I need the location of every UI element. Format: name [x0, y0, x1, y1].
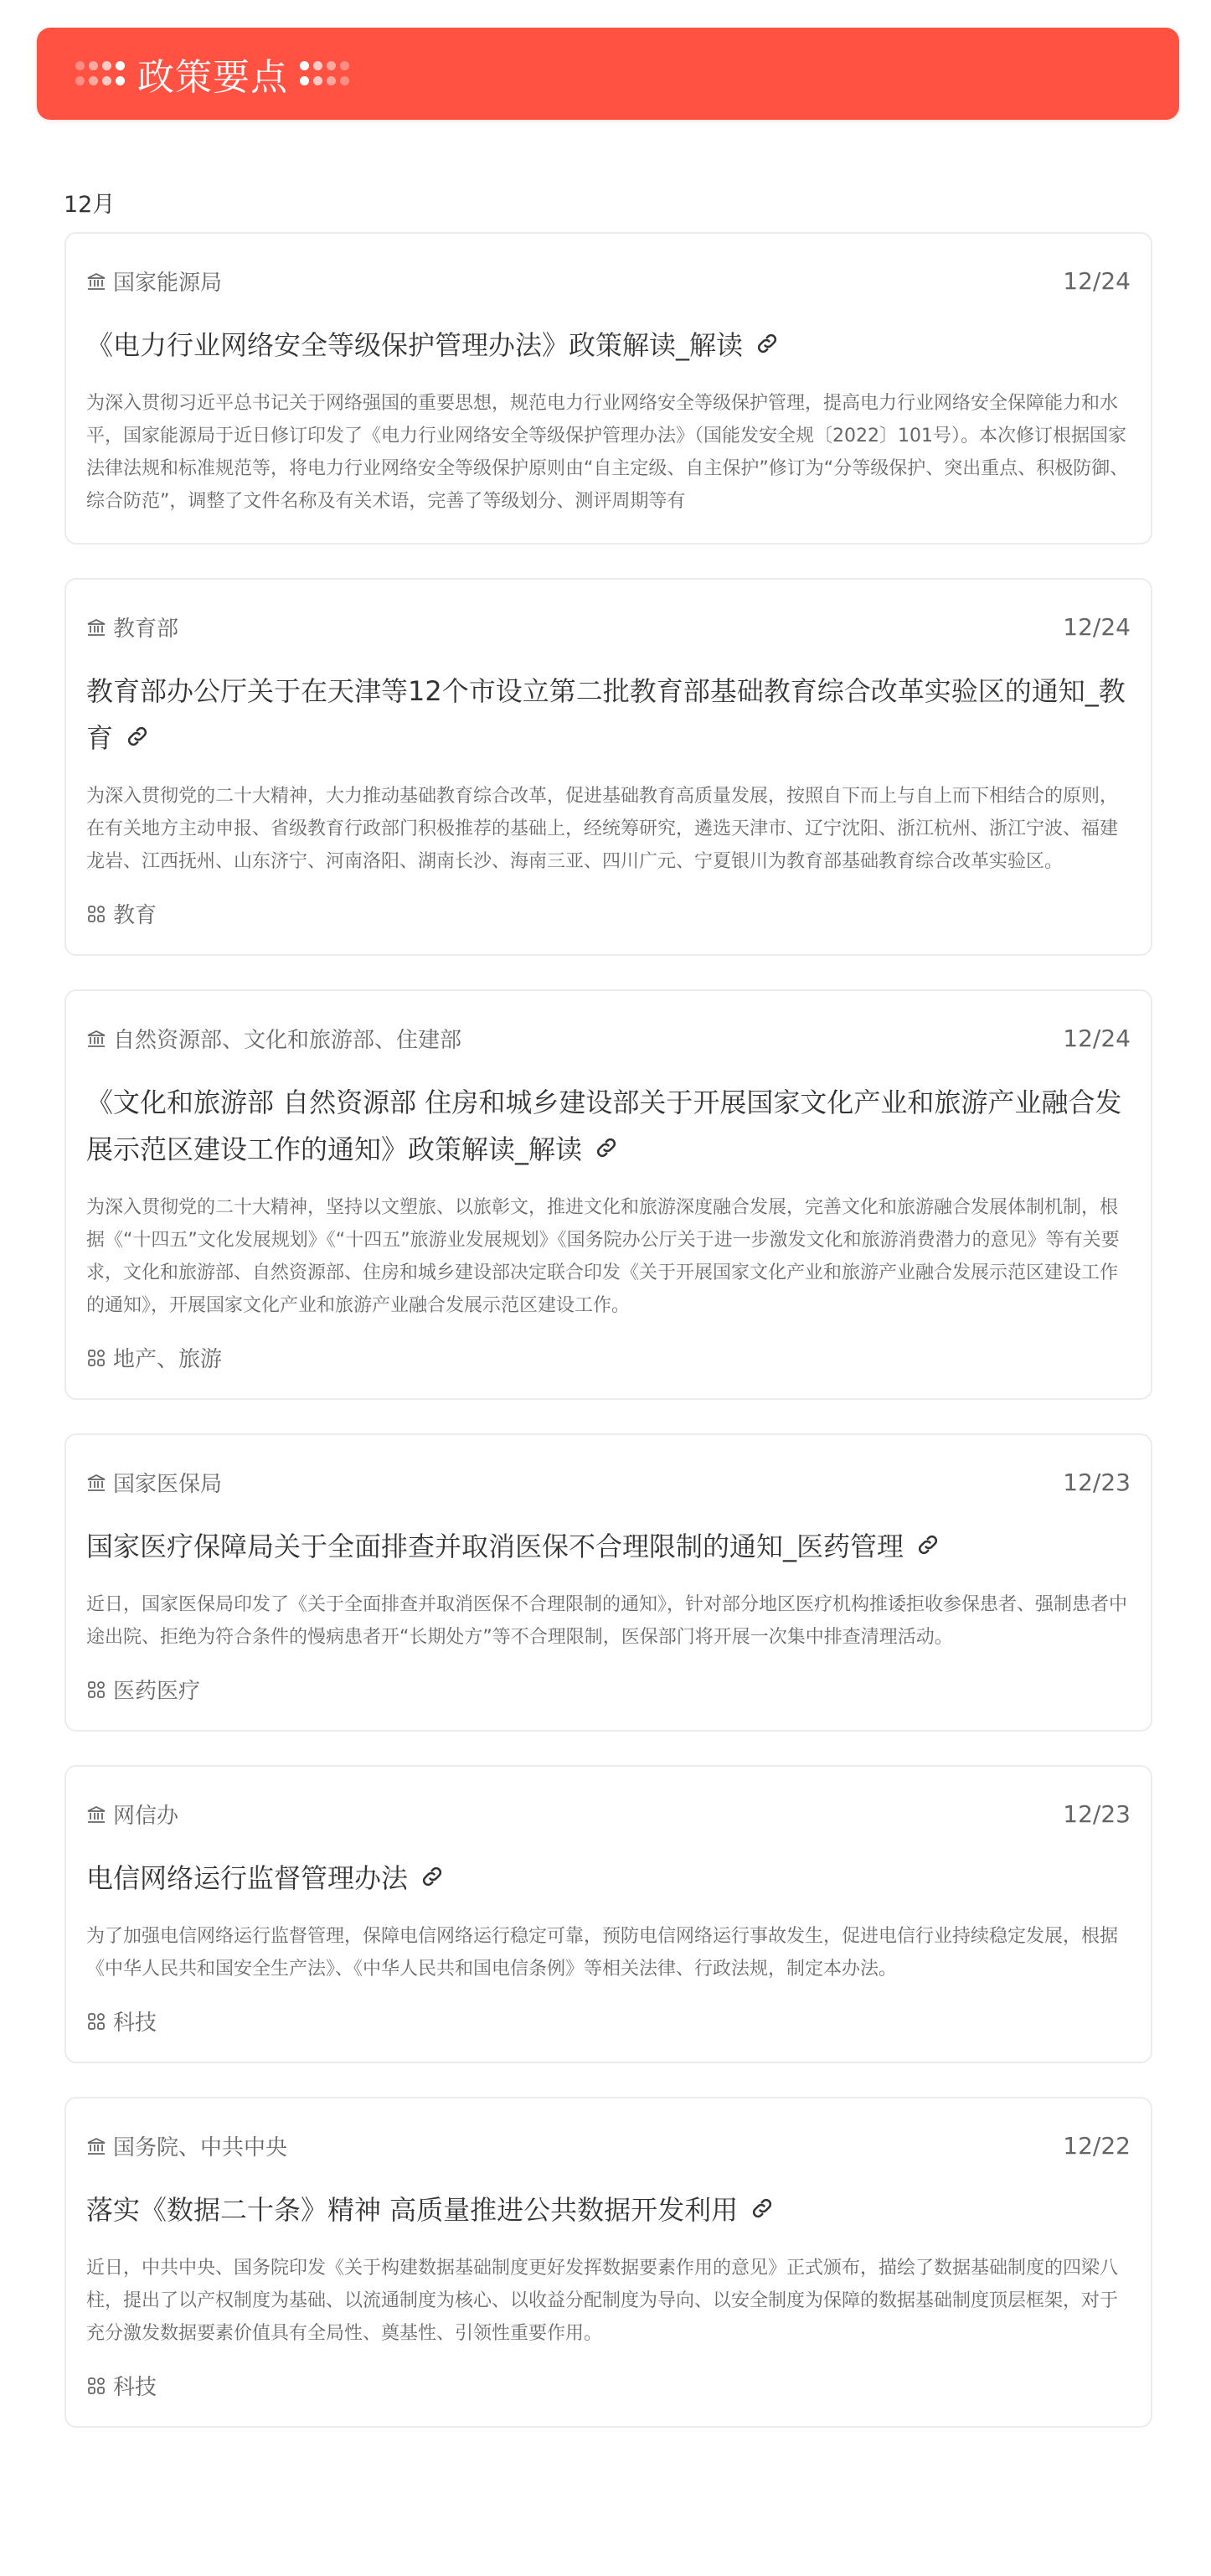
- policy-card[interactable]: 国家医保局 12/23 国家医疗保障局关于全面排查并取消医保不合理限制的通知_医…: [64, 1433, 1152, 1732]
- agency-name: 国家能源局: [113, 266, 222, 297]
- grid-icon: [86, 2011, 106, 2031]
- link-icon[interactable]: [594, 1128, 619, 1174]
- policy-title-text[interactable]: 国家医疗保障局关于全面排查并取消医保不合理限制的通知_医药管理: [86, 1531, 904, 1562]
- grid-icon: [86, 1680, 106, 1700]
- link-icon[interactable]: [750, 2188, 775, 2235]
- month-label: 12月: [64, 186, 115, 219]
- page-title: 政策要点: [137, 47, 288, 101]
- policy-title[interactable]: 《电力行业网络安全等级保护管理办法》政策解读_解读: [86, 322, 1131, 370]
- policy-title[interactable]: 电信网络运行监督管理办法: [86, 1855, 1131, 1903]
- decorative-dots-icon: [300, 61, 350, 86]
- link-icon[interactable]: [125, 716, 150, 763]
- category-tags: 医药医疗: [86, 1674, 1131, 1705]
- decorative-dots-icon: [75, 61, 126, 86]
- policy-summary: 为深入贯彻党的二十大精神，大力推动基础教育综合改革，促进基础教育高质量发展，按照…: [86, 780, 1131, 878]
- date: 12/23: [1063, 1800, 1131, 1828]
- policy-title[interactable]: 国家医疗保障局关于全面排查并取消医保不合理限制的通知_医药管理: [86, 1523, 1131, 1572]
- category-tags: 教育: [86, 898, 1131, 929]
- policy-card[interactable]: 自然资源部、文化和旅游部、住建部 12/24 《文化和旅游部 自然资源部 住房和…: [64, 989, 1152, 1400]
- policy-summary: 近日，中共中央、国务院印发《关于构建数据基础制度更好发挥数据要素作用的意见》正式…: [86, 2252, 1131, 2350]
- policy-summary: 为了加强电信网络运行监督管理，保障电信网络运行稳定可靠，预防电信网络运行事故发生…: [86, 1920, 1131, 1985]
- bank-icon: [86, 617, 106, 638]
- bank-icon: [86, 271, 106, 292]
- policy-summary: 为深入贯彻党的二十大精神，坚持以文塑旅、以旅彰文，推进文化和旅游深度融合发展，完…: [86, 1191, 1131, 1322]
- policy-list: 国家能源局 12/24 《电力行业网络安全等级保护管理办法》政策解读_解读 为深…: [64, 232, 1152, 2461]
- policy-card[interactable]: 国家能源局 12/24 《电力行业网络安全等级保护管理办法》政策解读_解读 为深…: [64, 232, 1152, 545]
- date: 12/24: [1063, 267, 1131, 295]
- page-header: 政策要点: [37, 28, 1179, 120]
- agency-name: 国务院、中共中央: [113, 2130, 287, 2161]
- grid-icon: [86, 904, 106, 924]
- date: 12/24: [1063, 1025, 1131, 1052]
- bank-icon: [86, 1473, 106, 1493]
- date: 12/22: [1063, 2132, 1131, 2160]
- agency: 国家医保局: [86, 1467, 222, 1498]
- agency-name: 自然资源部、文化和旅游部、住建部: [113, 1023, 461, 1054]
- bank-icon: [86, 2136, 106, 2156]
- policy-card[interactable]: 网信办 12/23 电信网络运行监督管理办法 为了加强电信网络运行监督管理，保障…: [64, 1765, 1152, 2063]
- category-tags: 科技: [86, 2370, 1131, 2401]
- agency-name: 网信办: [113, 1799, 178, 1830]
- category-tags: 科技: [86, 2006, 1131, 2037]
- agency: 国务院、中共中央: [86, 2130, 287, 2161]
- policy-title[interactable]: 教育部办公厅关于在天津等12个市设立第二批教育部基础教育综合改革实验区的通知_教…: [86, 668, 1131, 763]
- agency-name: 国家医保局: [113, 1467, 222, 1498]
- grid-icon: [86, 2376, 106, 2396]
- bank-icon: [86, 1029, 106, 1049]
- policy-title-text[interactable]: 教育部办公厅关于在天津等12个市设立第二批教育部基础教育综合改革实验区的通知_教…: [86, 675, 1126, 754]
- agency: 教育部: [86, 612, 178, 643]
- category-tags: 地产、旅游: [86, 1342, 1131, 1373]
- tag-label: 医药医疗: [113, 1674, 200, 1705]
- link-icon[interactable]: [915, 1525, 940, 1572]
- tag-label: 科技: [113, 2006, 157, 2037]
- date: 12/24: [1063, 613, 1131, 641]
- tag-label: 科技: [113, 2370, 157, 2401]
- grid-icon: [86, 1348, 106, 1368]
- policy-summary: 近日，国家医保局印发了《关于全面排查并取消医保不合理限制的通知》，针对部分地区医…: [86, 1588, 1131, 1654]
- bank-icon: [86, 1804, 106, 1825]
- policy-summary: 为深入贯彻习近平总书记关于网络强国的重要思想，规范电力行业网络安全等级保护管理，…: [86, 387, 1131, 518]
- policy-card[interactable]: 国务院、中共中央 12/22 落实《数据二十条》精神 高质量推进公共数据开发利用…: [64, 2097, 1152, 2428]
- policy-title-text[interactable]: 《电力行业网络安全等级保护管理办法》政策解读_解读: [86, 329, 743, 361]
- link-icon[interactable]: [755, 323, 780, 370]
- agency: 国家能源局: [86, 266, 222, 297]
- agency-name: 教育部: [113, 612, 178, 643]
- policy-title[interactable]: 落实《数据二十条》精神 高质量推进公共数据开发利用: [86, 2186, 1131, 2235]
- policy-title-text[interactable]: 落实《数据二十条》精神 高质量推进公共数据开发利用: [86, 2194, 738, 2226]
- tag-label: 教育: [113, 898, 157, 929]
- policy-card[interactable]: 教育部 12/24 教育部办公厅关于在天津等12个市设立第二批教育部基础教育综合…: [64, 578, 1152, 956]
- policy-title-text[interactable]: 电信网络运行监督管理办法: [86, 1862, 408, 1894]
- tag-label: 地产、旅游: [113, 1342, 222, 1373]
- link-icon[interactable]: [420, 1856, 445, 1903]
- policy-title[interactable]: 《文化和旅游部 自然资源部 住房和城乡建设部关于开展国家文化产业和旅游产业融合发…: [86, 1079, 1131, 1174]
- agency: 自然资源部、文化和旅游部、住建部: [86, 1023, 461, 1054]
- agency: 网信办: [86, 1799, 178, 1830]
- date: 12/23: [1063, 1469, 1131, 1496]
